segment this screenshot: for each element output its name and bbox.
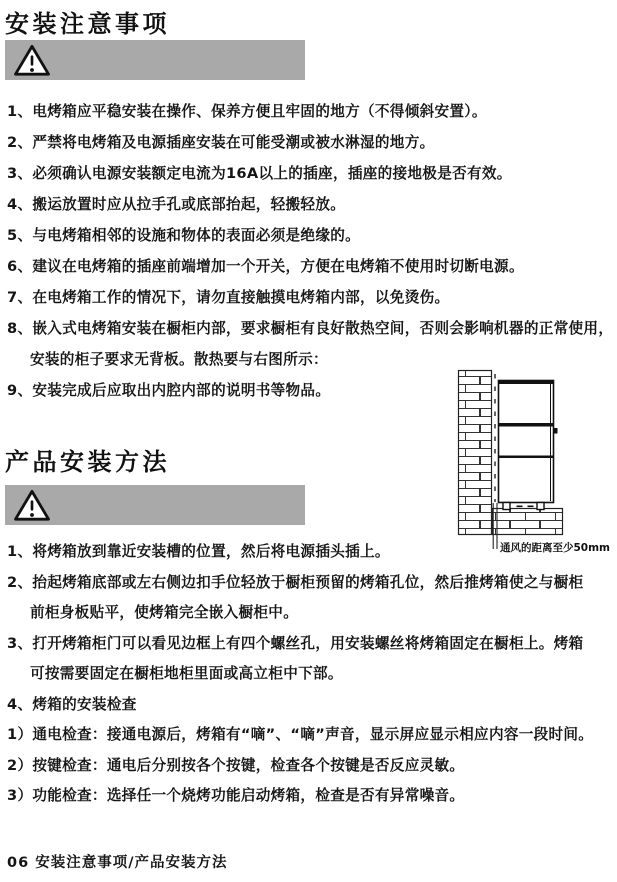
- brick-wall: [459, 371, 492, 535]
- warning-banner-1: [5, 40, 305, 80]
- list-line: 4、烤箱的安装检查: [7, 690, 612, 721]
- section1-title: 安装注意事项: [5, 4, 170, 39]
- section1-list: 1、电烤箱应平稳安装在操作、保养方便且牢固的地方（不得倾斜安置）。 2、严禁将电…: [7, 96, 612, 406]
- foot-dash-2: [528, 506, 534, 508]
- foot-dash-1: [517, 506, 523, 508]
- list-line: 2、抬起烤箱底部或左右侧边扣手位轻放于橱柜预留的烤箱孔位，然后推烤箱使之与橱柜: [7, 568, 612, 599]
- section2-list: 1、将烤箱放到靠近安装槽的位置，然后将电源插头插上。 2、抬起烤箱底部或左右侧边…: [7, 537, 612, 812]
- warning-triangle-icon: [13, 44, 51, 77]
- list-line: 1、将烤箱放到靠近安装槽的位置，然后将电源插头插上。: [7, 537, 612, 568]
- list-line: 8、嵌入式电烤箱安装在橱柜内部，要求橱柜有良好散热空间，否则会影响机器的正常使用…: [7, 313, 612, 344]
- list-line: 1、电烤箱应平稳安装在操作、保养方便且牢固的地方（不得倾斜安置）。: [7, 96, 612, 127]
- oven-top-band: [499, 381, 553, 384]
- list-line: 5、与电烤箱相邻的设施和物体的表面必须是绝缘的。: [7, 220, 612, 251]
- oven-foot-right: [537, 503, 544, 510]
- list-line: 3）功能检查：选择任一个烧烤功能启动烤箱，检查是否有异常噪音。: [7, 781, 612, 812]
- installation-clearance-diagram: 通风的距离至少50mm: [450, 365, 617, 560]
- page-footer: 06 安装注意事项/产品安装方法: [7, 848, 228, 878]
- oven-divider-2: [499, 456, 553, 459]
- manual-page: 安装注意事项 1、电烤箱应平稳安装在操作、保养方便且牢固的地方（不得倾斜安置）。…: [0, 0, 617, 882]
- list-line: 1）通电检查：接通电源后，烤箱有“嘀”、“嘀”声音，显示屏应显示相应内容一段时间…: [7, 720, 612, 751]
- section2-title: 产品安装方法: [5, 442, 170, 477]
- list-line: 3、必须确认电源安装额定电流为16A以上的插座，插座的接地极是否有效。: [7, 158, 612, 189]
- list-line: 4、搬运放置时应从拉手孔或底部抬起，轻搬轻放。: [7, 189, 612, 220]
- oven-body: [499, 381, 554, 503]
- list-line-continuation: 可按需要固定在橱柜地柜里面或高立柜中下部。: [7, 659, 612, 690]
- oven-foot-left: [503, 503, 510, 510]
- list-line: 7、在电烤箱工作的情况下，请勿直接触摸电烤箱内部，以免烫伤。: [7, 282, 612, 313]
- list-line-continuation: 前柜身板贴平，使烤箱完全嵌入橱柜中。: [7, 598, 612, 629]
- oven-divider-1: [499, 423, 553, 427]
- warning-banner-2: [5, 485, 305, 525]
- list-line: 3、打开烤箱柜门可以看见边框上有四个螺丝孔，用安装螺丝将烤箱固定在橱柜上。烤箱: [7, 629, 612, 660]
- warning-triangle-icon: [13, 489, 51, 522]
- list-line: 2）按键检查：通电后分别按各个按键，检查各个按键是否反应灵敏。: [7, 751, 612, 782]
- list-line: 2、严禁将电烤箱及电源插座安装在可能受潮或被水淋湿的地方。: [7, 127, 612, 158]
- oven-handle: [554, 428, 558, 434]
- base-platform: [493, 509, 563, 535]
- list-line: 6、建议在电烤箱的插座前端增加一个开关，方便在电烤箱不使用时切断电源。: [7, 251, 612, 282]
